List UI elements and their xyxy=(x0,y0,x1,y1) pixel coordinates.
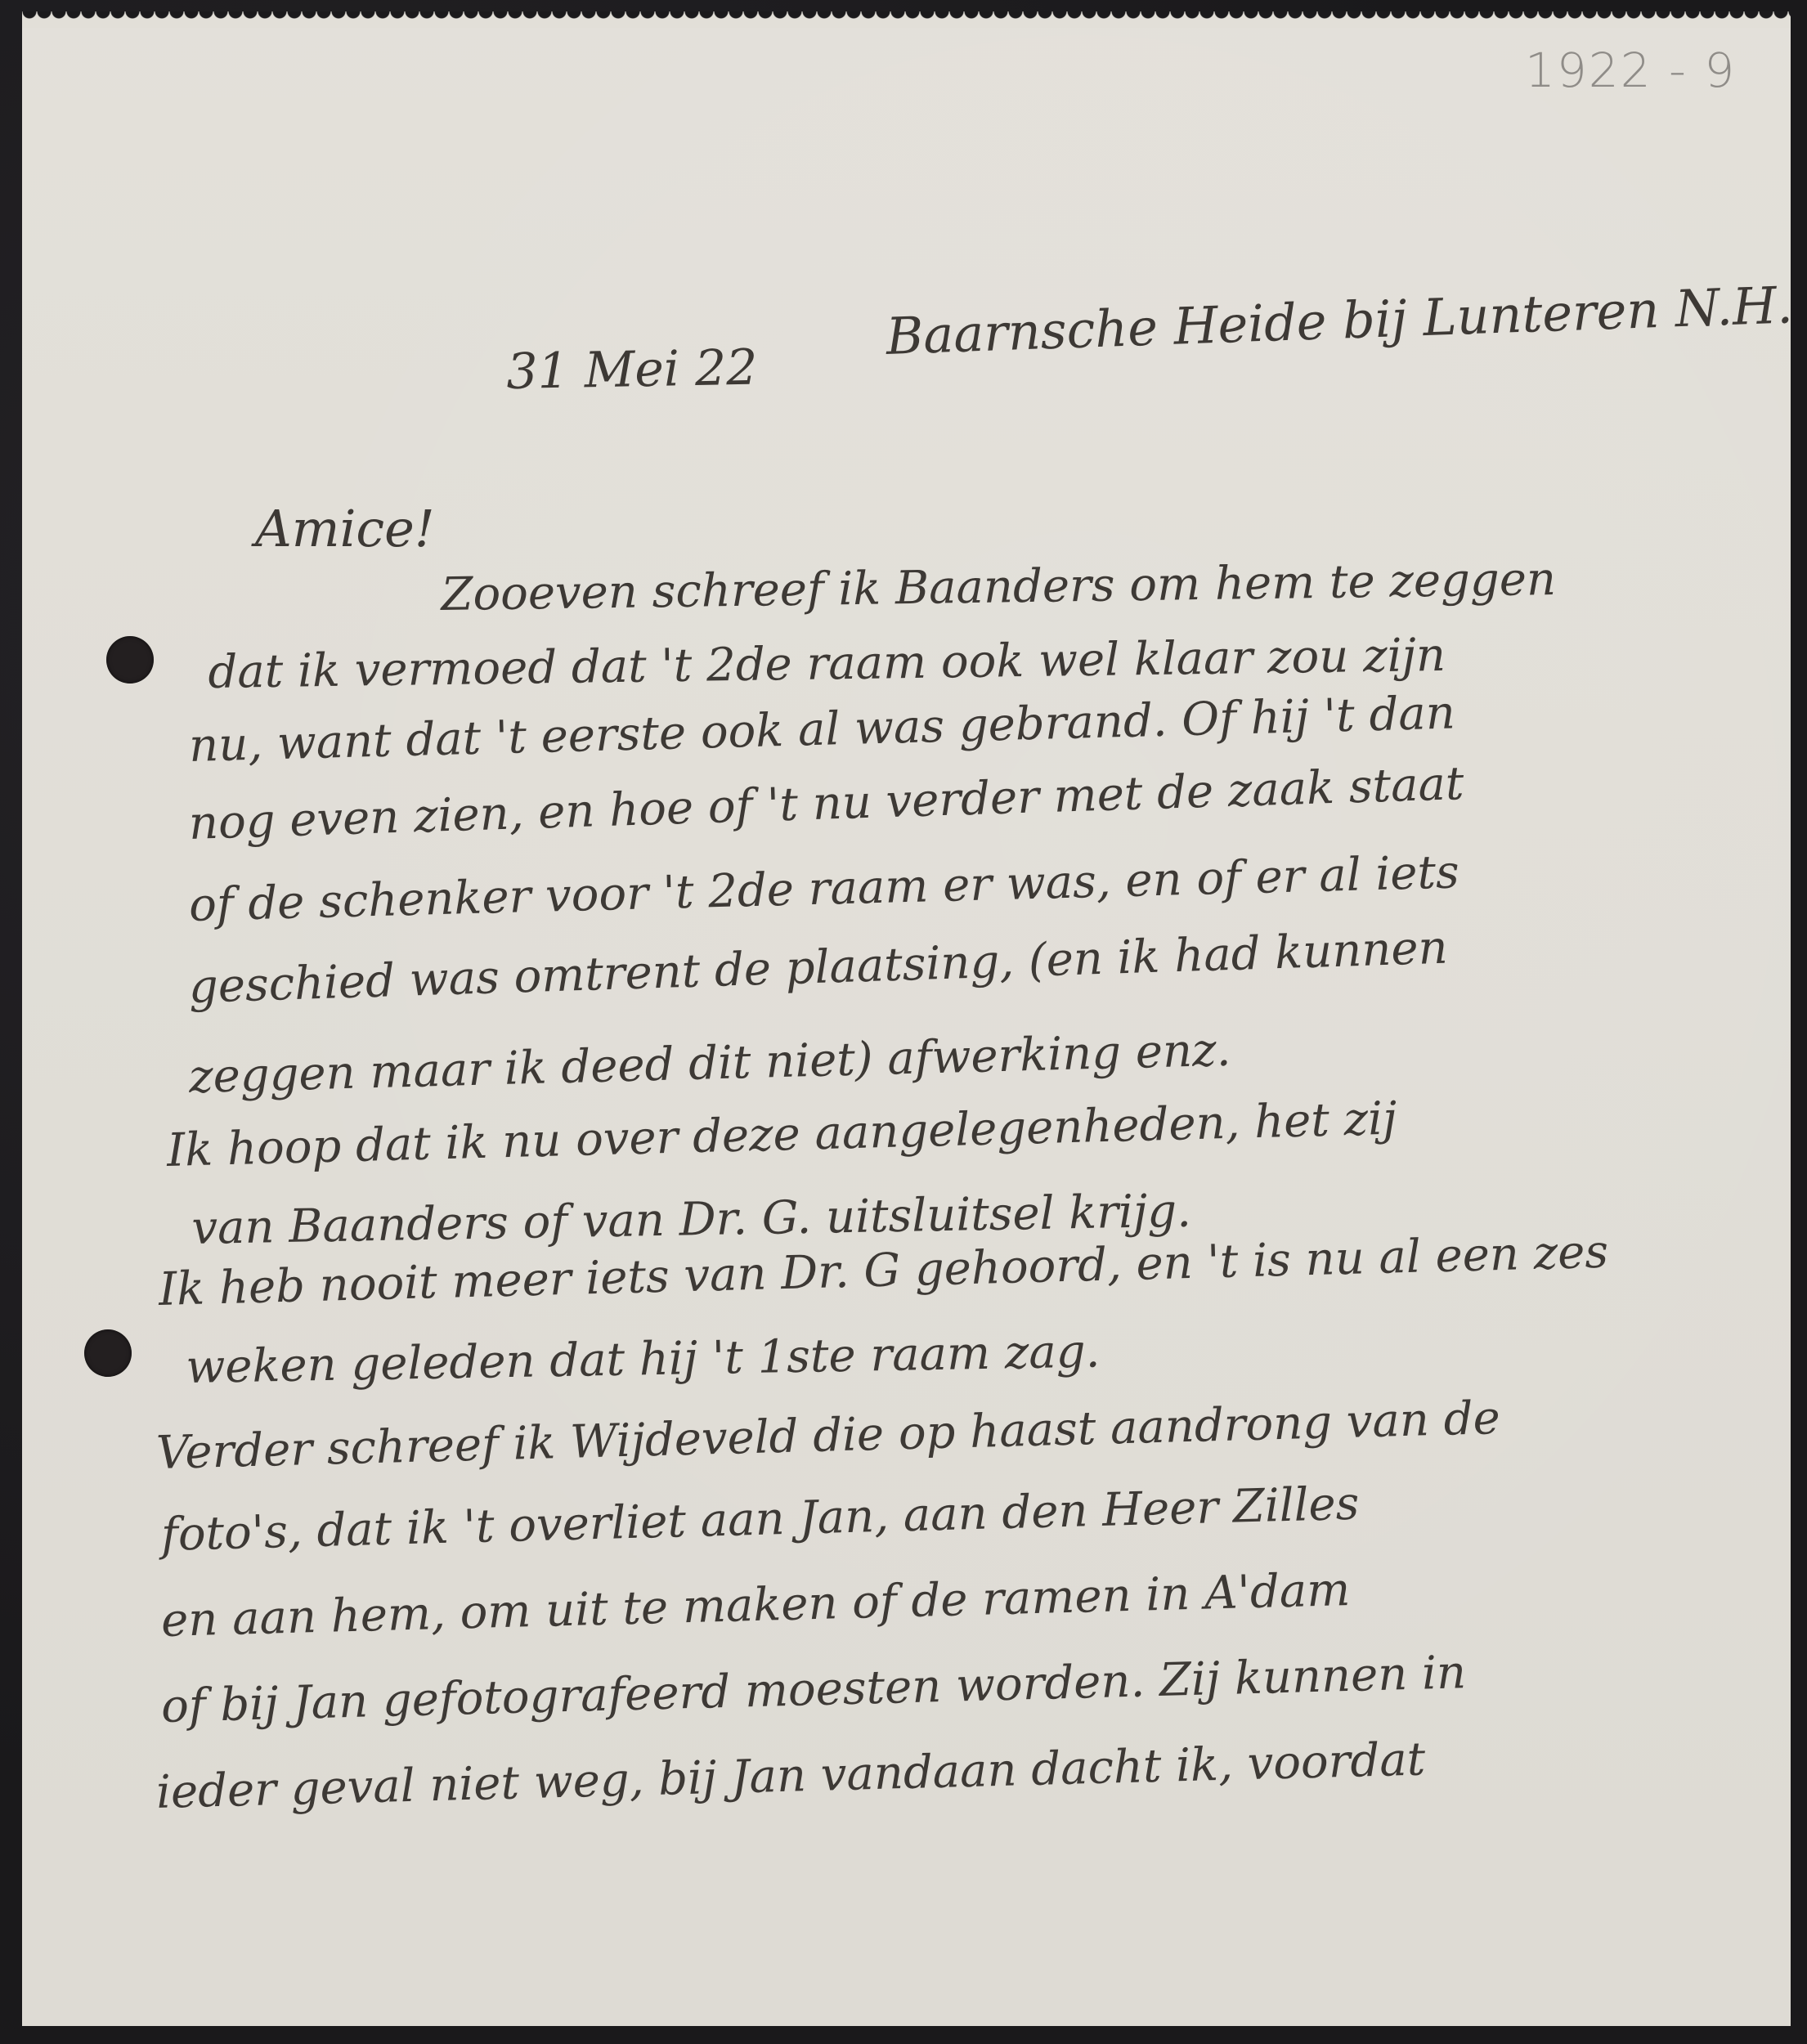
punch-hole-top xyxy=(106,636,154,684)
letter-date: 31 Mei 22 xyxy=(506,339,758,401)
punch-hole-bottom xyxy=(84,1329,132,1377)
perforated-top-edge xyxy=(22,11,1791,28)
scan-background: 1922 - 9 31 Mei 22 Baarnsche Heide bij L… xyxy=(0,0,1807,2044)
salutation: Amice! xyxy=(255,499,435,558)
archive-mark: 1922 - 9 xyxy=(1525,43,1736,98)
